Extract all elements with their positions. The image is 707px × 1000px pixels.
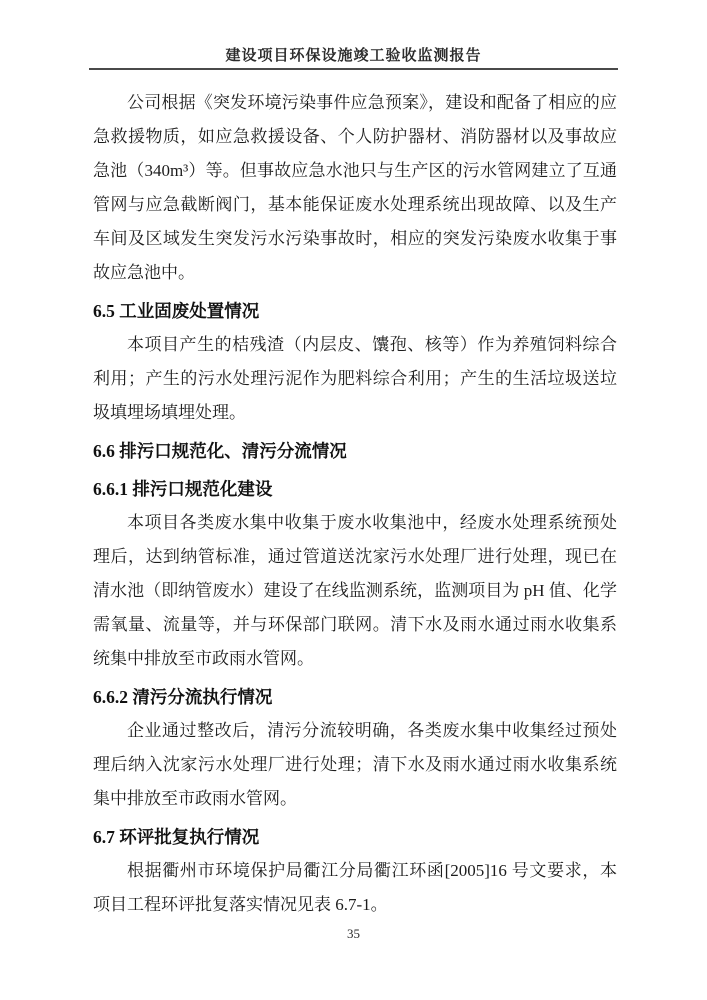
page-header-title: 建设项目环保设施竣工验收监测报告: [225, 48, 481, 64]
section-heading-6-6-2: 6.6.2 清污分流执行情况: [93, 680, 617, 714]
paragraph-diversion-implementation: 企业通过整改后，清污分流较明确，各类废水集中收集经过预处理后纳入沈家污水处理厂进…: [93, 714, 617, 816]
page-footer: 35: [0, 926, 707, 942]
paragraph-eia-approval: 根据衢州市环境保护局衢江分局衢江环函[2005]16 号文要求，本项目工程环评批…: [93, 854, 617, 922]
document-body: 公司根据《突发环境污染事件应急预案》，建设和配备了相应的应急救援物质，如应急救援…: [93, 86, 617, 922]
paragraph-outlet-standardization: 本项目各类废水集中收集于废水收集池中，经废水处理系统预处理后，达到纳管标准，通过…: [93, 506, 617, 676]
page-header: 建设项目环保设施竣工验收监测报告: [89, 0, 618, 70]
paragraph-emergency-plan: 公司根据《突发环境污染事件应急预案》，建设和配备了相应的应急救援物质，如应急救援…: [93, 86, 617, 290]
section-heading-6-7: 6.7 环评批复执行情况: [93, 820, 617, 854]
section-heading-6-5: 6.5 工业固废处置情况: [93, 294, 617, 328]
section-heading-6-6-1: 6.6.1 排污口规范化建设: [93, 472, 617, 506]
page-number: 35: [347, 926, 360, 941]
document-page: 建设项目环保设施竣工验收监测报告 公司根据《突发环境污染事件应急预案》，建设和配…: [0, 0, 707, 1000]
section-heading-6-6: 6.6 排污口规范化、清污分流情况: [93, 434, 617, 468]
paragraph-solid-waste: 本项目产生的桔残渣（内层皮、馕孢、核等）作为养殖饲料综合利用；产生的污水处理污泥…: [93, 328, 617, 430]
